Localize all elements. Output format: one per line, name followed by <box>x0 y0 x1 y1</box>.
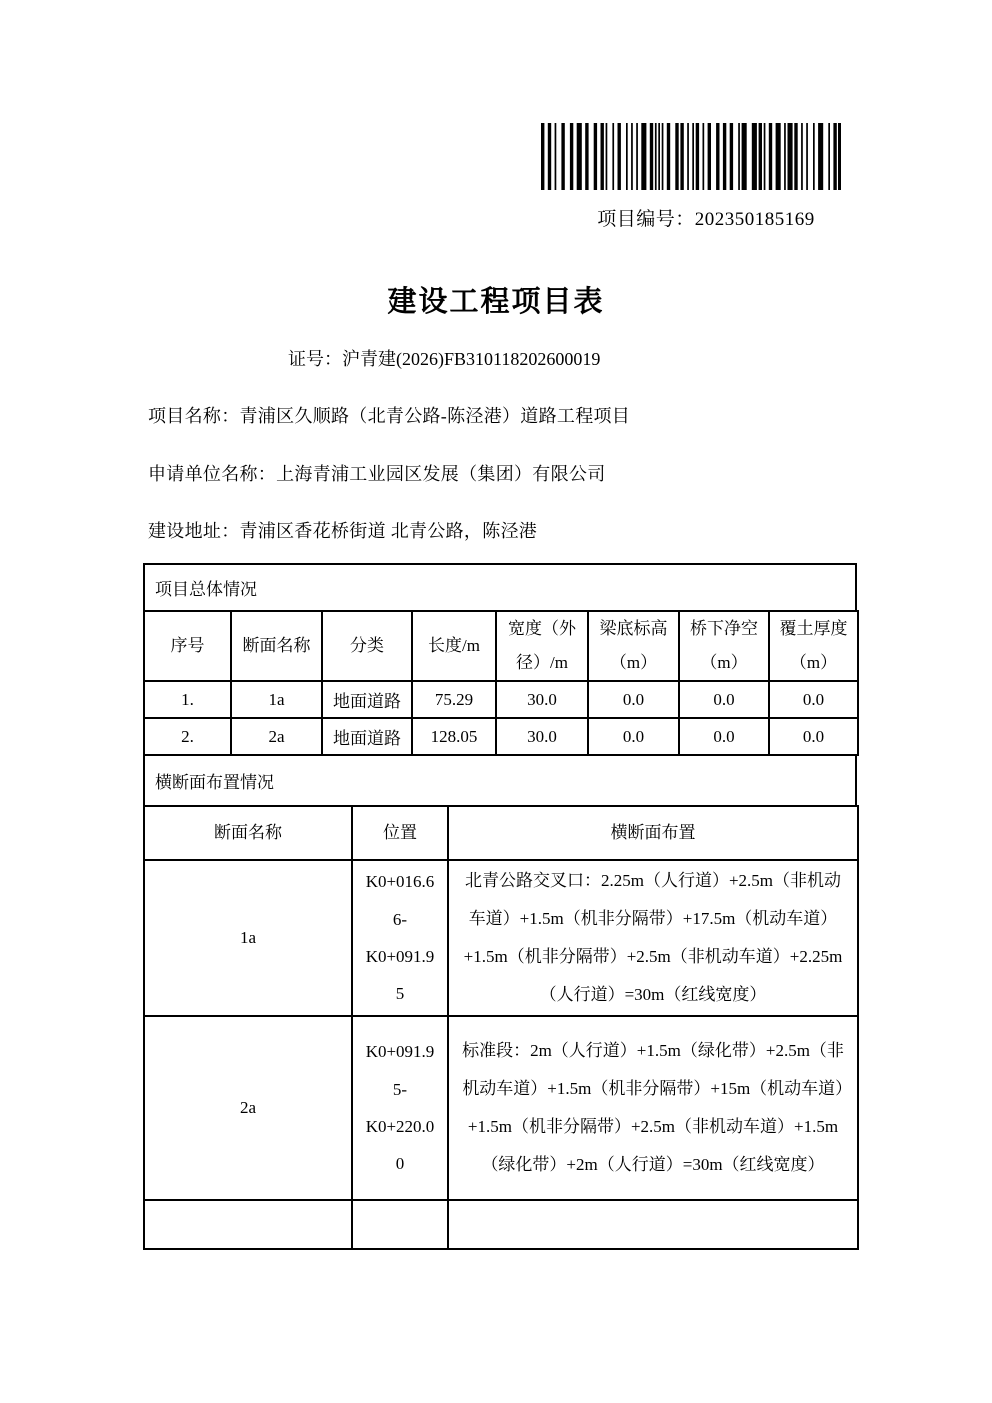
cell-serial: 2. <box>144 718 231 755</box>
cell-section-name <box>144 1200 352 1249</box>
construction-address-line: 建设地址：青浦区香花桥街道 北青公路，陈泾港 <box>148 517 537 543</box>
cell-section-name: 1a <box>144 860 352 1016</box>
cross-section-header-row: 断面名称 位置 横断面布置 <box>144 806 858 860</box>
cell-cover-thickness: 0.0 <box>769 718 858 755</box>
cross-section-section-title: 横断面布置情况 <box>144 755 856 806</box>
col-section-name: 断面名称 <box>231 611 322 681</box>
overview-header-row: 序号 断面名称 分类 长度/m 宽度（外径）/m 梁底标高（m） 桥下净空（m）… <box>144 611 858 681</box>
project-tables: 项目总体情况 序号 断面名称 分类 长度/m 宽度（外径）/m 梁底标高（m） … <box>143 563 857 1250</box>
cross-section-empty-row <box>144 1200 858 1249</box>
cell-beam-bottom-elevation: 0.0 <box>588 718 679 755</box>
cell-position <box>352 1200 448 1249</box>
cell-category: 地面道路 <box>322 718 412 755</box>
cell-beam-bottom-elevation: 0.0 <box>588 681 679 718</box>
col-serial: 序号 <box>144 611 231 681</box>
overview-row-1: 1. 1a 地面道路 75.29 30.0 0.0 0.0 0.0 <box>144 681 858 718</box>
col-width: 宽度（外径）/m <box>496 611 588 681</box>
col-category: 分类 <box>322 611 412 681</box>
cell-cover-thickness: 0.0 <box>769 681 858 718</box>
cell-under-bridge-clearance: 0.0 <box>679 681 769 718</box>
cross-section-row-1a: 1a K0+016.66-K0+091.95 北青公路交叉口：2.25m（人行道… <box>144 860 858 1016</box>
cell-cross-section-layout: 北青公路交叉口：2.25m（人行道）+2.5m（非机动车道）+1.5m（机非分隔… <box>448 860 858 1016</box>
overview-table: 序号 断面名称 分类 长度/m 宽度（外径）/m 梁底标高（m） 桥下净空（m）… <box>143 610 859 756</box>
cell-section-name: 2a <box>231 718 322 755</box>
applicant-name-line: 申请单位名称：上海青浦工业园区发展（集团）有限公司 <box>148 460 606 486</box>
cell-length: 75.29 <box>412 681 496 718</box>
cell-length: 128.05 <box>412 718 496 755</box>
document-page: 项目编号：202350185169 建设工程项目表 证号：沪青建(2026)FB… <box>0 0 992 1403</box>
cell-serial: 1. <box>144 681 231 718</box>
overview-row-2: 2. 2a 地面道路 128.05 30.0 0.0 0.0 0.0 <box>144 718 858 755</box>
cell-section-name: 1a <box>231 681 322 718</box>
col-position: 位置 <box>352 806 448 860</box>
barcode-block: 项目编号：202350185169 <box>541 123 841 231</box>
cell-under-bridge-clearance: 0.0 <box>679 718 769 755</box>
col-under-bridge-clearance: 桥下净空（m） <box>679 611 769 681</box>
cell-position: K0+016.66-K0+091.95 <box>352 860 448 1016</box>
cross-section-table: 断面名称 位置 横断面布置 1a K0+016.66-K0+091.95 北青公… <box>143 805 859 1250</box>
cell-category: 地面道路 <box>322 681 412 718</box>
cell-section-name: 2a <box>144 1016 352 1200</box>
col-beam-bottom-elevation: 梁底标高（m） <box>588 611 679 681</box>
col-length: 长度/m <box>412 611 496 681</box>
col-cross-section-layout: 横断面布置 <box>448 806 858 860</box>
overview-section-header: 项目总体情况 <box>143 563 857 612</box>
cell-position: K0+091.95-K0+220.00 <box>352 1016 448 1200</box>
cell-width: 30.0 <box>496 718 588 755</box>
barcode-icon <box>541 123 841 190</box>
cross-section-section-header: 横断面布置情况 <box>143 754 857 807</box>
project-name-line: 项目名称：青浦区久顺路（北青公路-陈泾港）道路工程项目 <box>148 402 630 428</box>
cell-cross-section-layout <box>448 1200 858 1249</box>
certificate-number: 证号：沪青建(2026)FB310118202600019 <box>288 345 600 371</box>
project-number: 项目编号：202350185169 <box>541 204 841 231</box>
col-section-name: 断面名称 <box>144 806 352 860</box>
page-title: 建设工程项目表 <box>0 279 992 320</box>
cross-section-row-2a: 2a K0+091.95-K0+220.00 标准段：2m（人行道）+1.5m（… <box>144 1016 858 1200</box>
cell-cross-section-layout: 标准段：2m（人行道）+1.5m（绿化带）+2.5m（非机动车道）+1.5m（机… <box>448 1016 858 1200</box>
cell-width: 30.0 <box>496 681 588 718</box>
overview-section-title: 项目总体情况 <box>144 564 856 611</box>
col-cover-thickness: 覆土厚度（m） <box>769 611 858 681</box>
